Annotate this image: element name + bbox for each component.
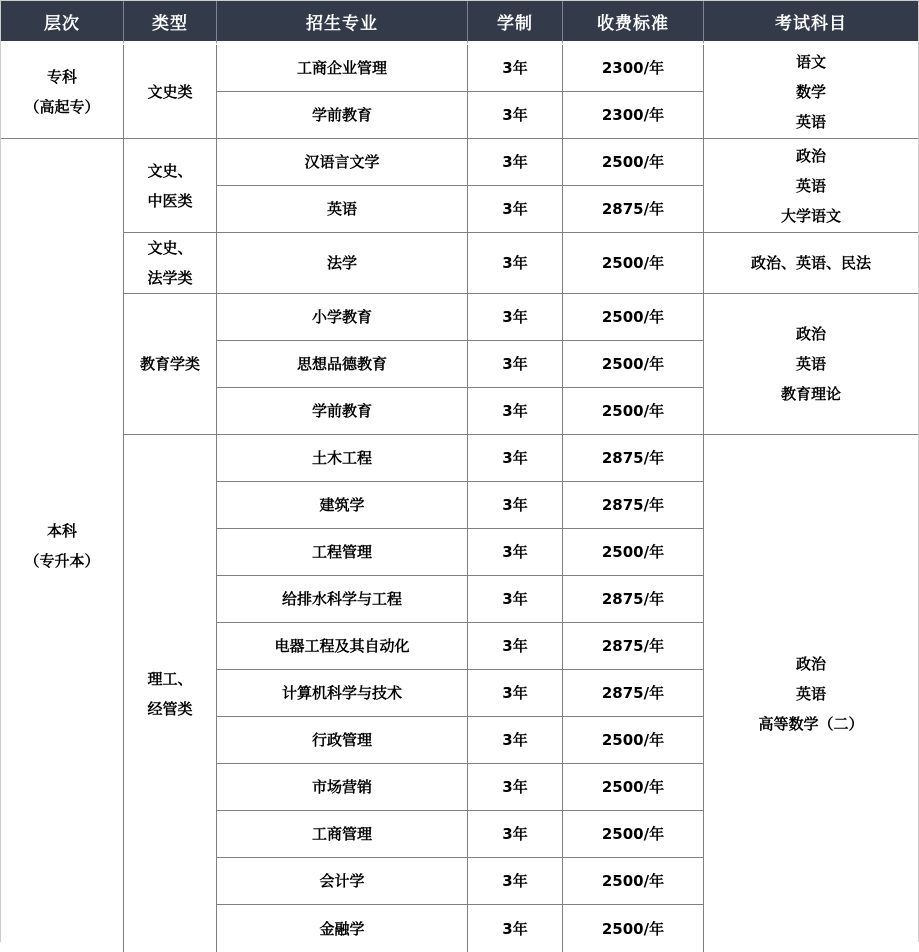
table-row: 文史、 法学类 法学 3年 2500/年 政治、英语、民法 (1, 233, 918, 294)
major-cell: 汉语言文学 (217, 139, 468, 186)
duration-cell: 3年 (468, 233, 563, 294)
type-cell: 理工、 经管类 (124, 435, 217, 952)
duration-cell: 3年 (468, 341, 563, 388)
duration-cell: 3年 (468, 435, 563, 482)
duration-cell: 3年 (468, 92, 563, 139)
fee-cell: 2300/年 (563, 45, 704, 92)
duration-cell: 3年 (468, 764, 563, 811)
fee-cell: 2875/年 (563, 623, 704, 670)
fee-cell: 2875/年 (563, 670, 704, 717)
subjects-cell: 政治 英语 大学语文 (704, 139, 918, 233)
duration-cell: 3年 (468, 670, 563, 717)
major-cell: 土木工程 (217, 435, 468, 482)
subjects-cell: 政治、英语、民法 (704, 233, 918, 294)
fee-cell: 2500/年 (563, 811, 704, 858)
fee-cell: 2875/年 (563, 482, 704, 529)
duration-cell: 3年 (468, 139, 563, 186)
duration-cell: 3年 (468, 576, 563, 623)
major-cell: 学前教育 (217, 92, 468, 139)
major-cell: 计算机科学与技术 (217, 670, 468, 717)
type-cell: 文史类 (124, 45, 217, 139)
level-cell: 专科 （高起专） (1, 45, 124, 139)
duration-cell: 3年 (468, 623, 563, 670)
col-header-duration: 学制 (468, 1, 563, 45)
subjects-cell: 政治 英语 高等数学（二） (704, 435, 918, 952)
type-cell: 教育学类 (124, 294, 217, 435)
major-cell: 行政管理 (217, 717, 468, 764)
major-cell: 学前教育 (217, 388, 468, 435)
fee-cell: 2500/年 (563, 529, 704, 576)
subjects-cell: 政治 英语 教育理论 (704, 294, 918, 435)
major-cell: 英语 (217, 186, 468, 233)
fee-cell: 2875/年 (563, 435, 704, 482)
major-cell: 金融学 (217, 905, 468, 952)
fee-cell: 2500/年 (563, 905, 704, 952)
duration-cell: 3年 (468, 186, 563, 233)
table-row: 教育学类 小学教育 3年 2500/年 政治 英语 教育理论 (1, 294, 918, 341)
col-header-subjects: 考试科目 (704, 1, 918, 45)
fee-cell: 2875/年 (563, 186, 704, 233)
type-cell: 文史、 法学类 (124, 233, 217, 294)
major-cell: 工商企业管理 (217, 45, 468, 92)
enrollment-table: 层次 类型 招生专业 学制 收费标准 考试科目 专科 （高起专） 文史类 工商企… (0, 0, 919, 942)
duration-cell: 3年 (468, 858, 563, 905)
fee-cell: 2500/年 (563, 858, 704, 905)
major-cell: 建筑学 (217, 482, 468, 529)
fee-cell: 2500/年 (563, 341, 704, 388)
table-row: 理工、 经管类 土木工程 3年 2875/年 政治 英语 高等数学（二） (1, 435, 918, 482)
duration-cell: 3年 (468, 388, 563, 435)
fee-cell: 2500/年 (563, 233, 704, 294)
type-cell: 文史、 中医类 (124, 139, 217, 233)
major-cell: 工程管理 (217, 529, 468, 576)
col-header-fee: 收费标准 (563, 1, 704, 45)
duration-cell: 3年 (468, 294, 563, 341)
duration-cell: 3年 (468, 717, 563, 764)
fee-cell: 2500/年 (563, 764, 704, 811)
col-header-type: 类型 (124, 1, 217, 45)
major-cell: 电器工程及其自动化 (217, 623, 468, 670)
level-cell: 本科 （专升本） (1, 139, 124, 952)
major-cell: 思想品德教育 (217, 341, 468, 388)
subjects-cell: 语文 数学 英语 (704, 45, 918, 139)
table-row: 本科 （专升本） 文史、 中医类 汉语言文学 3年 2500/年 政治 英语 大… (1, 139, 918, 186)
major-cell: 小学教育 (217, 294, 468, 341)
major-cell: 给排水科学与工程 (217, 576, 468, 623)
fee-cell: 2500/年 (563, 388, 704, 435)
duration-cell: 3年 (468, 905, 563, 952)
duration-cell: 3年 (468, 529, 563, 576)
duration-cell: 3年 (468, 811, 563, 858)
enrollment-table-grid: 层次 类型 招生专业 学制 收费标准 考试科目 专科 （高起专） 文史类 工商企… (1, 1, 918, 952)
fee-cell: 2500/年 (563, 717, 704, 764)
fee-cell: 2500/年 (563, 139, 704, 186)
header-row: 层次 类型 招生专业 学制 收费标准 考试科目 (1, 1, 918, 45)
major-cell: 会计学 (217, 858, 468, 905)
table-row: 专科 （高起专） 文史类 工商企业管理 3年 2300/年 语文 数学 英语 (1, 45, 918, 92)
major-cell: 法学 (217, 233, 468, 294)
duration-cell: 3年 (468, 45, 563, 92)
fee-cell: 2300/年 (563, 92, 704, 139)
fee-cell: 2500/年 (563, 294, 704, 341)
major-cell: 工商管理 (217, 811, 468, 858)
duration-cell: 3年 (468, 482, 563, 529)
col-header-level: 层次 (1, 1, 124, 45)
fee-cell: 2875/年 (563, 576, 704, 623)
major-cell: 市场营销 (217, 764, 468, 811)
col-header-major: 招生专业 (217, 1, 468, 45)
